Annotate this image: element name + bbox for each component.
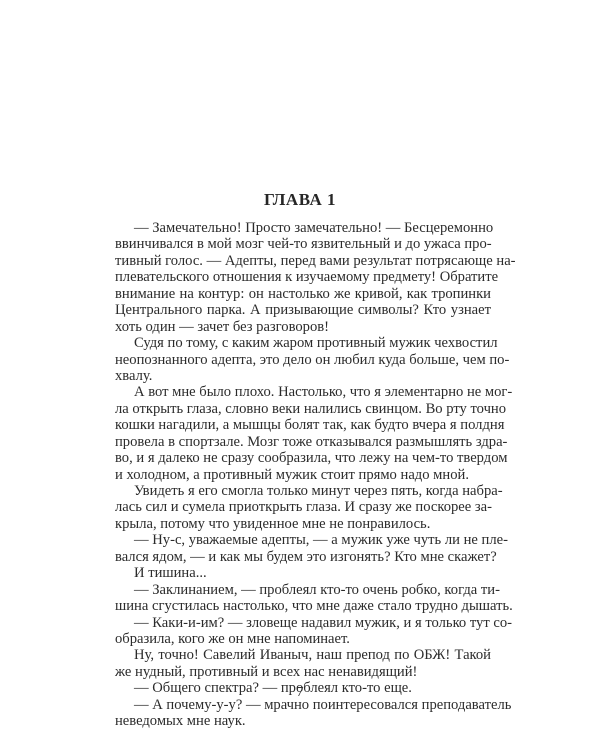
text-line: тивный голос. — Адепты, перед вами резул…	[115, 253, 491, 269]
text-line: неопознанного адепта, это дело он любил …	[115, 352, 491, 368]
text-line: во, и я далеко не сразу сообразила, что …	[115, 450, 491, 466]
text-line: А вот мне было плохо. Настолько, что я э…	[115, 384, 491, 400]
text-line: И тишина...	[115, 565, 491, 581]
text-line: провела в спортзале. Мозг тоже отказывал…	[115, 434, 491, 450]
text-line: кошки нагадили, а мышцы болят так, как б…	[115, 417, 491, 433]
text-line: образила, кого же он мне напоминает.	[115, 631, 491, 647]
body-text: — Замечательно! Просто замечательно! — Б…	[115, 220, 491, 730]
text-line: — Каки-и-им? — зловеще надавил мужик, и …	[115, 615, 491, 631]
text-line: же нудный, противный и всех нас ненавидя…	[115, 664, 491, 680]
chapter-title: ГЛАВА 1	[0, 190, 600, 210]
text-line: хоть один — зачет без разговоров!	[115, 319, 491, 335]
text-line: крыла, потому что увиденное мне не понра…	[115, 516, 491, 532]
page-number: 7	[0, 685, 600, 701]
text-line: Увидеть я его смогла только минут через …	[115, 483, 491, 499]
text-line: внимание на контур: он настолько же крив…	[115, 286, 491, 302]
text-line: хвалу.	[115, 368, 491, 384]
text-line: вался ядом, — и как мы будем это изгонят…	[115, 549, 491, 565]
text-line: — Заклинанием, — проблеял кто-то очень р…	[115, 582, 491, 598]
text-line: Судя по тому, с каким жаром противный му…	[115, 335, 491, 351]
text-line: неведомых мне наук.	[115, 713, 491, 729]
text-line: шина сгустилась настолько, что мне даже …	[115, 598, 491, 614]
text-line: Ну, точно! Савелий Иваныч, наш препод по…	[115, 647, 491, 663]
book-page: ГЛАВА 1 — Замечательно! Просто замечател…	[0, 0, 600, 750]
text-line: ла открыть глаза, словно веки налились с…	[115, 401, 491, 417]
text-line: ввинчивался в мой мозг чей-то язвительны…	[115, 236, 491, 252]
text-line: — Замечательно! Просто замечательно! — Б…	[115, 220, 491, 236]
text-line: — Ну-с, уважаемые адепты, — а мужик уже …	[115, 532, 491, 548]
text-line: Центрального парка. А призывающие символ…	[115, 302, 491, 318]
text-line: и холодном, а противный мужик стоит прям…	[115, 467, 491, 483]
text-line: лась сил и сумела приоткрыть глаза. И ср…	[115, 499, 491, 515]
text-line: плевательского отношения к изучаемому пр…	[115, 269, 491, 285]
